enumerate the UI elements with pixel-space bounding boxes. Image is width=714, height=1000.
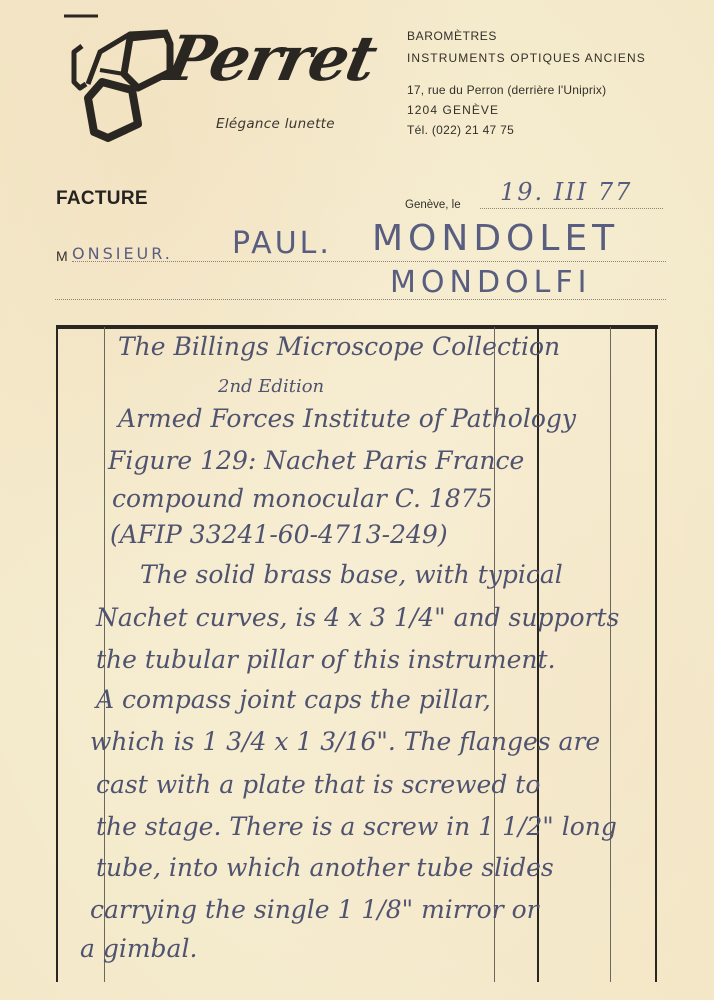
body-line: the stage. There is a screw in 1 1/2" lo… [96, 812, 656, 841]
letterhead-city: 1204 GENÈVE [407, 103, 499, 117]
body-line: the tubular pillar of this instrument. [96, 645, 656, 674]
recipient-prefix: M [56, 248, 68, 264]
body-line: 2nd Edition [218, 376, 714, 397]
letterhead-line-barometres: BAROMÈTRES [407, 29, 497, 43]
table-top-rule [56, 325, 658, 329]
place-date-label: Genève, le [405, 199, 461, 211]
body-line: The Billings Microscope Collection [118, 332, 678, 361]
handwritten-salutation: ONSIEUR. [72, 244, 173, 263]
handwritten-last-name: MONDOLET [372, 218, 619, 259]
letterhead-line-instruments: INSTRUMENTS OPTIQUES ANCIENS [407, 51, 646, 65]
letterhead-phone: Tél. (022) 21 47 75 [407, 123, 514, 137]
table-left-border [56, 327, 58, 982]
body-line: Figure 129: Nachet Paris France [108, 446, 668, 475]
date-dotted-line [480, 208, 663, 209]
invoice-title: FACTURE [56, 188, 148, 210]
handwritten-date: 19. III 77 [500, 178, 632, 206]
body-line: cast with a plate that is screwed to [96, 770, 656, 799]
body-line: a gimbal. [80, 934, 640, 963]
body-line: tube, into which another tube slides [96, 853, 656, 882]
body-line: (AFIP 33241-60-4713-249) [110, 520, 670, 549]
body-line: carrying the single 1 1/8" mirror or [90, 895, 650, 924]
body-line: The solid brass base, with typical [140, 560, 700, 589]
handwritten-first-name: PAUL. [232, 226, 332, 261]
body-line: compound monocular C. 1875 [112, 484, 672, 513]
body-line: Nachet curves, is 4 x 3 1/4" and support… [96, 603, 656, 632]
body-line: A compass joint caps the pillar, [96, 685, 656, 714]
letterhead-address: 17, rue du Perron (derrière l'Uniprix) [407, 83, 606, 97]
brand-tagline: Elégance lunette [216, 116, 335, 132]
body-line: which is 1 3/4 x 1 3/16". The flanges ar… [90, 727, 650, 756]
handwritten-last-name-correction: MONDOLFI [390, 265, 591, 300]
body-line: Armed Forces Institute of Pathology [118, 404, 678, 433]
brand-logo-wordmark: Perret [160, 22, 381, 95]
